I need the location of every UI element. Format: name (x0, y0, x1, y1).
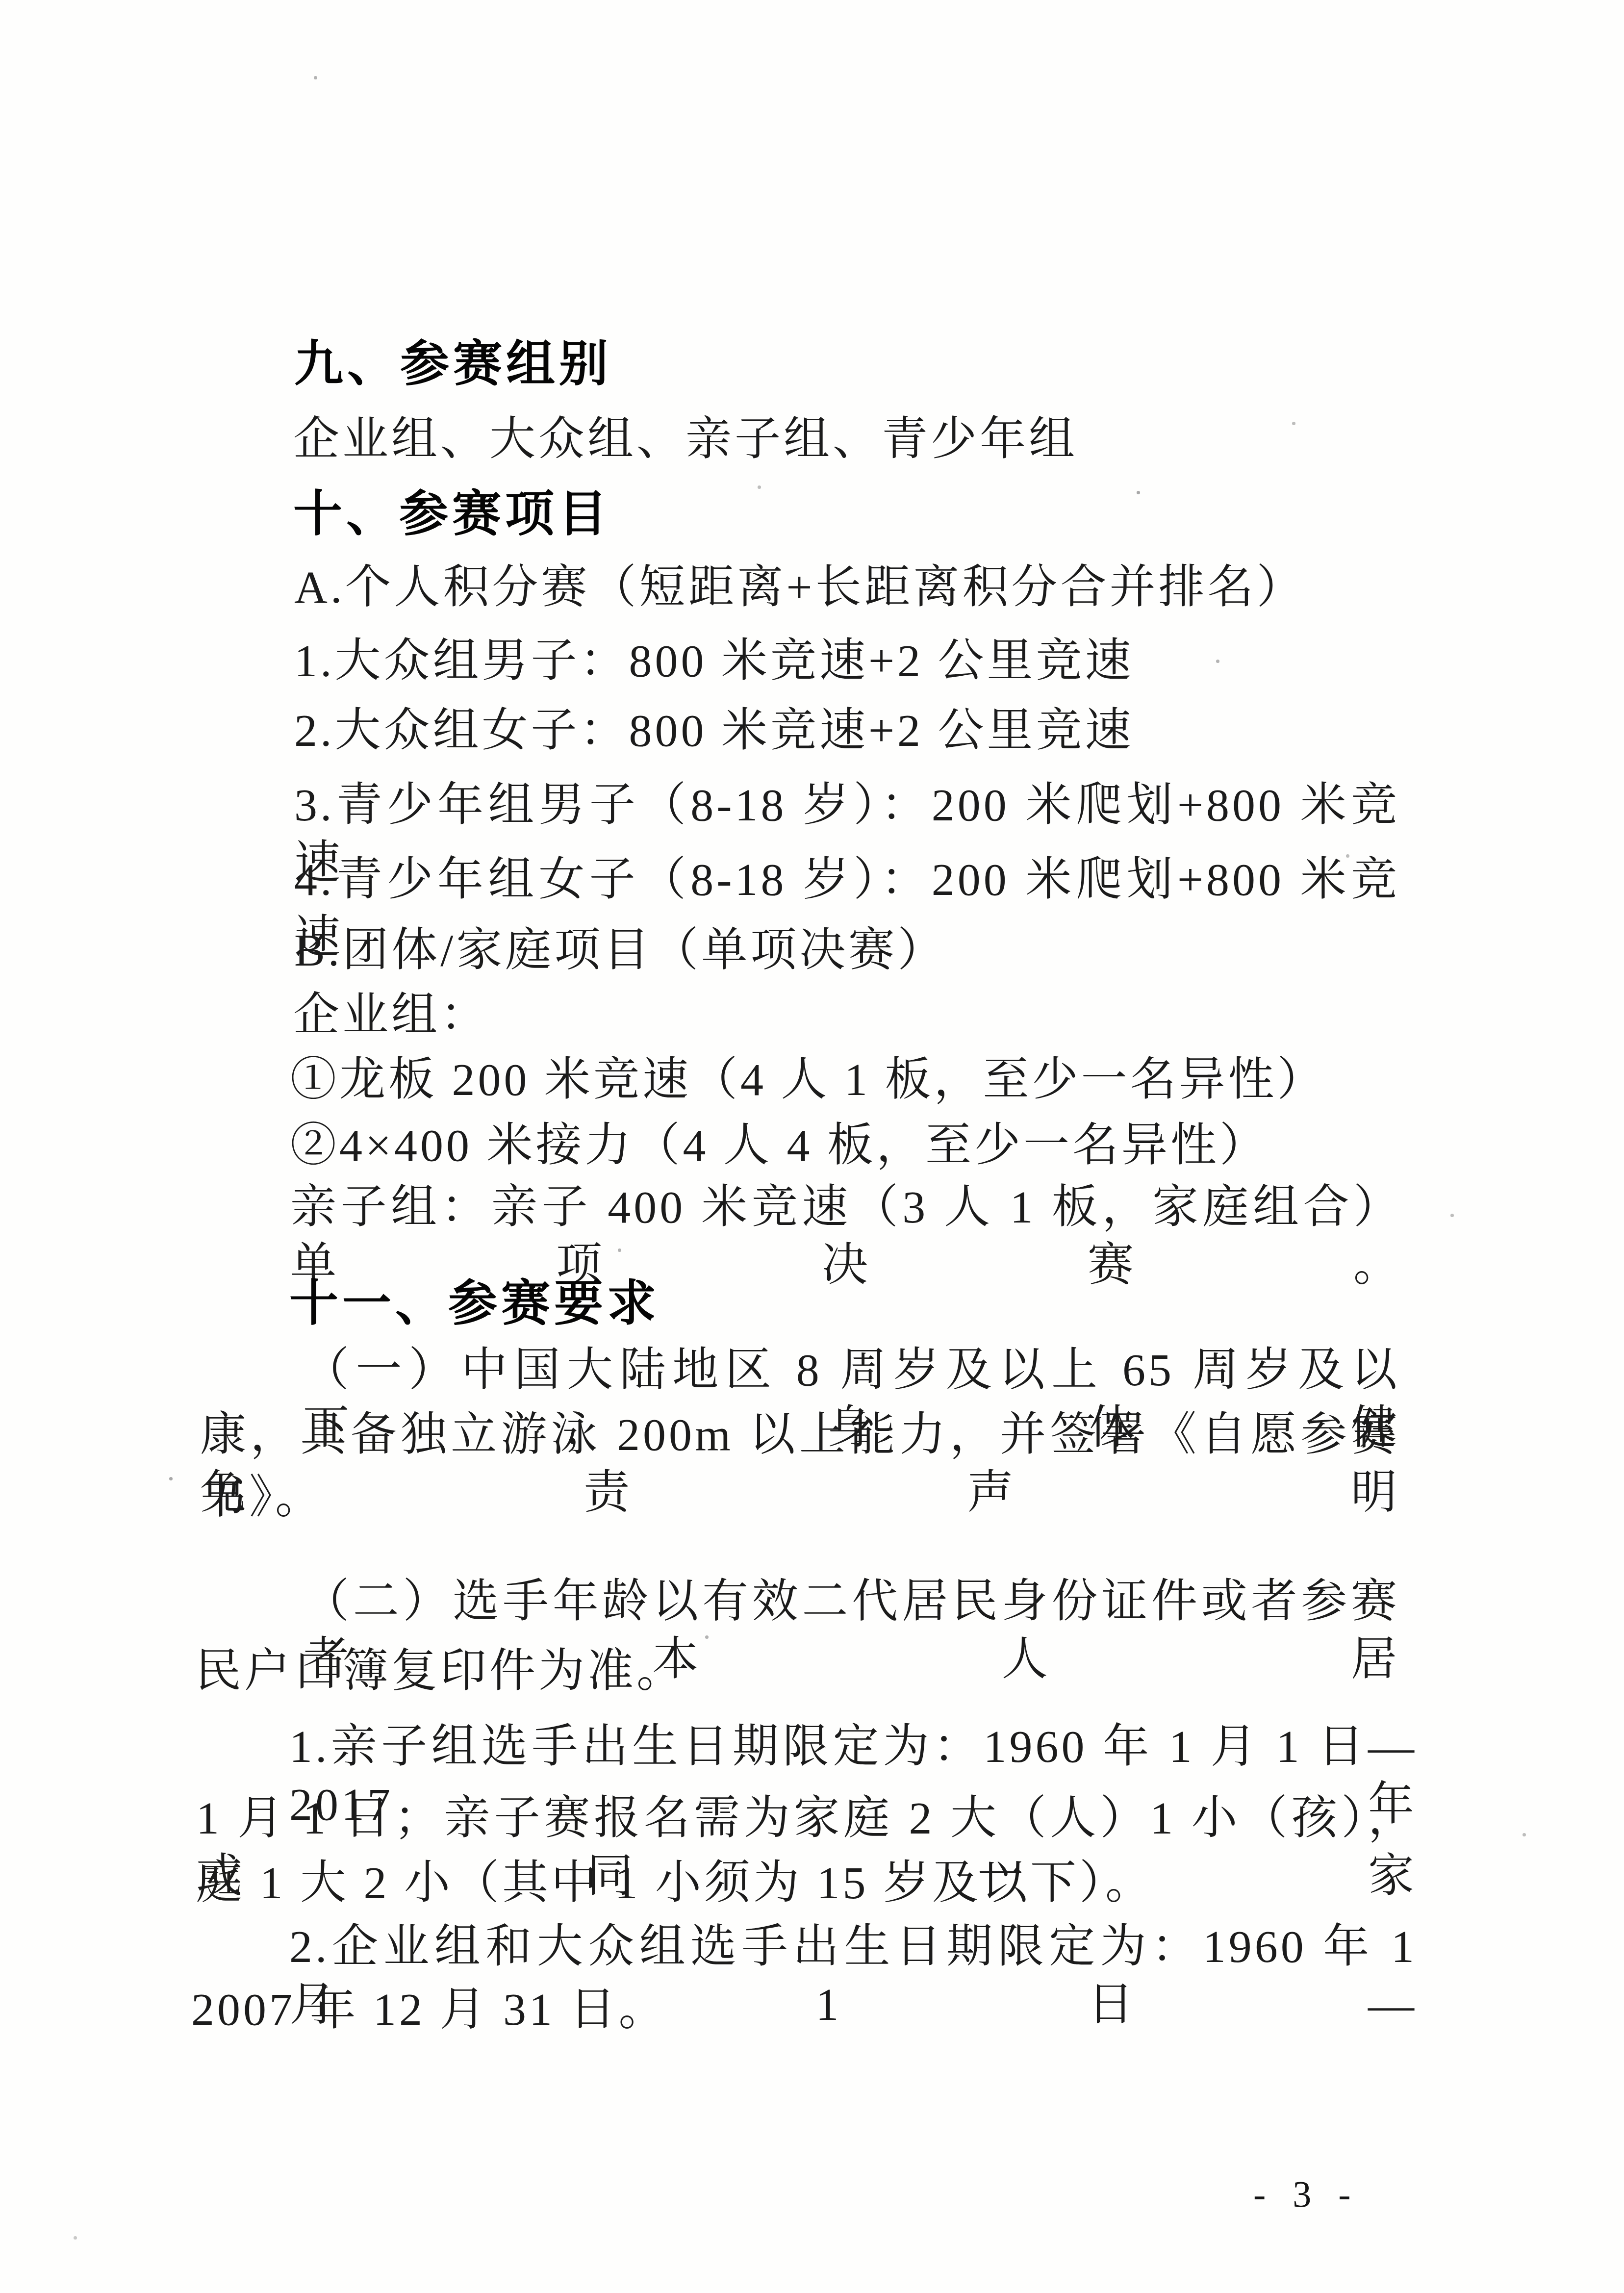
document-page: 九、参赛组别 企业组、大众组、亲子组、青少年组 十、参赛项目 A.个人积分赛（短… (0, 0, 1624, 2293)
line-group-list: 企业组、大众组、亲子组、青少年组 (293, 411, 1078, 469)
line-event-b-team-family: B.团体/家庭项目（单项决赛） (294, 922, 946, 980)
line-event-2-mass-women: 2.大众组女子：800 米竞速+2 公里竞速 (294, 702, 1134, 760)
heading-section-eleven-entry-requirements: 十一、参赛要求 (289, 1273, 660, 1334)
line-enterprise-item-2-relay: ②4×400 米接力（4 人 4 板，至少一名异性） (290, 1117, 1269, 1175)
heading-section-nine-entry-groups: 九、参赛组别 (294, 333, 612, 395)
line-event-a-individual: A.个人积分赛（短距离+长距离积分合并排名） (294, 559, 1305, 617)
line-req-family-composition-end: 庭 1 大 2 小（其中 1 小须为 15 岁及以下）。 (196, 1855, 1154, 1912)
scan-noise-specks (0, 0, 3, 3)
line-req-1-end: 书》。 (200, 1469, 324, 1527)
line-req-enterprise-mass-birthdate-end: 2007 年 12 月 31 日。 (191, 1981, 668, 2039)
line-enterprise-group-label: 企业组： (293, 987, 489, 1045)
line-event-1-mass-men: 1.大众组男子：800 米竞速+2 公里竞速 (294, 633, 1134, 690)
line-req-1-swim-waiver: 康，具备独立游泳 200m 以上能力，并签署《自愿参赛免责声明 (200, 1406, 1400, 1522)
heading-section-ten-entry-events: 十、参赛项目 (293, 484, 611, 545)
line-enterprise-item-1-longboard: ①龙板 200 米竞速（4 人 1 板，至少一名异性） (290, 1051, 1326, 1109)
page-number: - 3 - (1253, 2173, 1360, 2216)
line-req-2-end: 民户口簿复印件为准。 (195, 1643, 685, 1701)
